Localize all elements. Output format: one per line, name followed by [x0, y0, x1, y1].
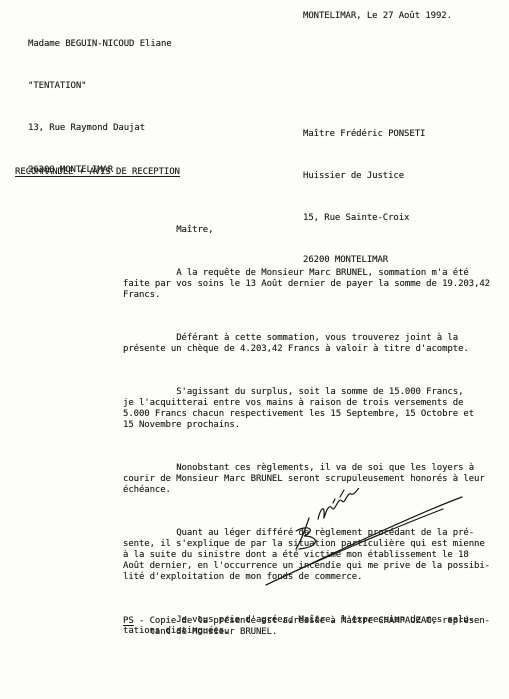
postscript-text: - Copie de la présente est adressée à Ma… — [123, 616, 490, 637]
recipient-title: Huissier de Justice — [303, 169, 425, 183]
sender-name: Madame BEGUIN-NICOUD Eliane — [28, 37, 172, 51]
recipient-name: Maître Frédéric PONSETI — [303, 127, 425, 141]
sender-street: 13, Rue Raymond Daujat — [28, 121, 172, 135]
salutation: Maître, — [123, 225, 503, 236]
date-line: MONTELIMAR, Le 27 Août 1992. — [303, 9, 452, 23]
postscript: PS - Copie de la présente est adressée à… — [123, 616, 503, 638]
letter-body: Maître, A la requête de Monsieur Marc BR… — [123, 203, 503, 669]
sender-company: "TENTATION" — [28, 79, 172, 93]
paragraph-sommation: A la requête de Monsieur Marc BRUNEL, so… — [123, 268, 503, 301]
handwritten-signature — [256, 488, 470, 598]
signature-scrawl-svg — [256, 488, 470, 598]
letter-page: Madame BEGUIN-NICOUD Eliane "TENTATION" … — [0, 0, 509, 699]
registered-mail-notice: RECOMMANDEE + AVIS DE RECEPTION — [15, 166, 180, 179]
paragraph-cheque-acompte: Déférant à cette sommation, vous trouver… — [123, 333, 503, 355]
paragraph-versements: S'agissant du surplus, soit la somme de … — [123, 387, 503, 431]
postscript-label: PS — [123, 616, 134, 626]
